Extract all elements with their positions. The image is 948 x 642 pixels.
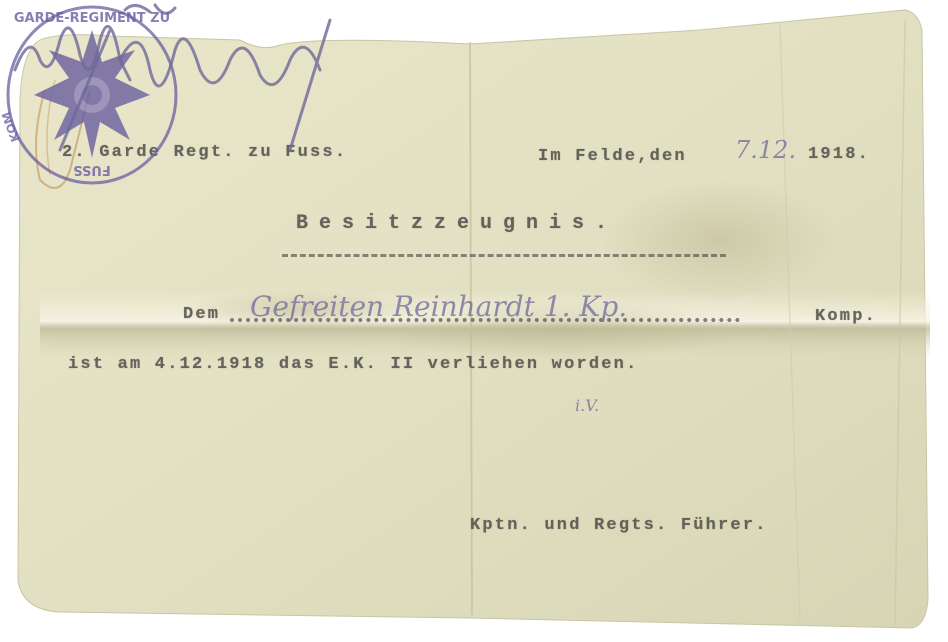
title-underline <box>282 254 726 257</box>
place-date-prefix: Im Felde,den <box>538 147 687 166</box>
recipient-prefix: Dem <box>183 305 220 324</box>
document-paper: 2. Garde Regt. zu Fuss. Im Felde,den 7.1… <box>0 0 948 642</box>
handwritten-signature <box>0 0 380 160</box>
handwritten-date: 7.12. <box>735 136 796 164</box>
document-title: Besitzzeugnis. <box>296 212 618 235</box>
handwritten-recipient-name: Gefreiten Reinhardt 1. Kp. <box>250 290 627 323</box>
signatory-title: Kptn. und Regts. Führer. <box>470 516 768 535</box>
company-suffix: Komp. <box>815 307 877 326</box>
signature-prefix: i.V. <box>575 396 599 415</box>
svg-text:FUSS: FUSS <box>73 162 111 177</box>
year: 1918. <box>808 145 870 164</box>
award-statement: ist am 4.12.1918 das E.K. II verliehen w… <box>68 355 638 374</box>
